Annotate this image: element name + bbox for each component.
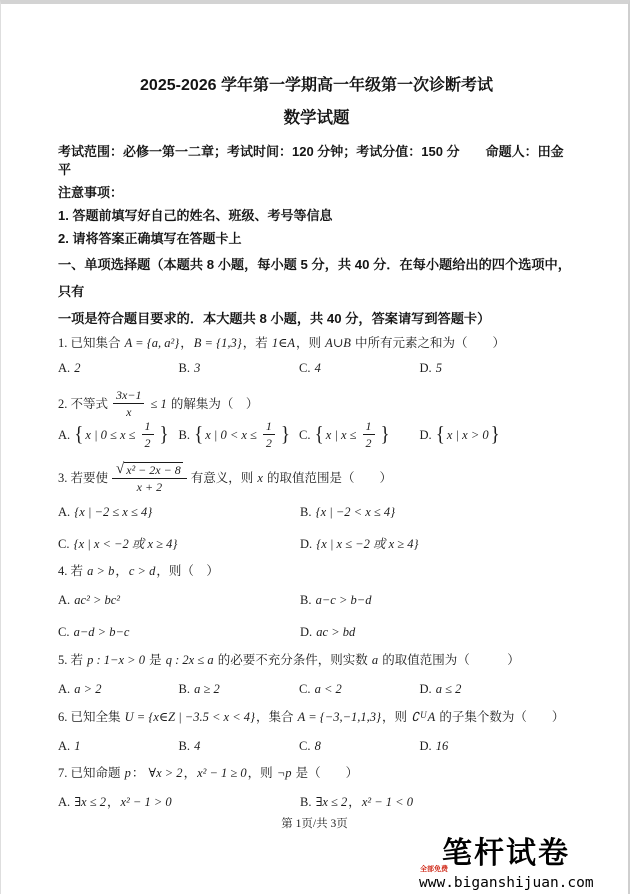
text-fragment: C. (58, 623, 73, 641)
text-fragment: C. (299, 737, 314, 755)
big-brace: } (160, 424, 169, 444)
math-fragment: p (125, 764, 131, 782)
section-1-header: 一、单项选择题（本题共 8 小题，每小题 5 分，共 40 分．在每小题给出的四… (58, 251, 575, 332)
text-fragment: 是（ ） (293, 764, 359, 782)
text-fragment: 1. 已知集合 (58, 334, 124, 352)
text-fragment: A. (58, 591, 73, 609)
fraction-numerator: 1 (363, 419, 375, 435)
big-brace: { (315, 424, 324, 444)
math-fragment: A∪B (325, 334, 351, 352)
big-brace: } (381, 424, 390, 444)
option-4b: B. a−c > b−d (300, 591, 372, 609)
question-2-options: A. {x | 0 ≤ x ≤12} B. {x | 0 < x ≤12} C.… (58, 419, 575, 450)
text-fragment: 的子集个数为（ ） (436, 708, 564, 726)
text-fragment: ， (348, 793, 361, 811)
text-fragment: ，则 (296, 334, 324, 352)
radicand: x² − 2x − 8 (124, 462, 182, 477)
math-fragment: x² − 1 ≥ 0 (197, 764, 247, 782)
math-fragment: a < 2 (315, 680, 342, 698)
text-fragment: B. (179, 359, 194, 377)
question-3-options-row-2: C. {x | x < −2 或 x ≥ 4} D. {x | x ≤ −2 或… (58, 535, 575, 553)
text-fragment: 3. 若要使 (58, 469, 108, 487)
option-5c: C. a < 2 (299, 680, 420, 698)
math-fragment: A (428, 708, 436, 726)
question-4-options-row-2: C. a−d > b−c D. ac > bd (58, 623, 575, 641)
fraction: 12 (262, 419, 276, 450)
fraction-denominator: 2 (142, 435, 154, 450)
big-brace: { (436, 424, 445, 444)
question-3-options-row-1: A. {x | −2 ≤ x ≤ 4} B. {x | −2 < x ≤ 4} (58, 503, 575, 521)
math-fragment: ∃x ≤ 2 (74, 793, 106, 811)
option-6a: A. 1 (58, 737, 179, 755)
fraction-numerator: √x² − 2x − 8 (112, 462, 187, 479)
text-fragment: C. (299, 426, 314, 444)
math-fragment: 5 (436, 359, 442, 377)
option-5a: A. a > 2 (58, 680, 179, 698)
question-5-stem: 5. 若 p : 1−x > 0 是 q : 2x ≤ a 的必要不充分条件，则… (58, 651, 575, 669)
math-fragment: ∁ (411, 708, 419, 726)
text-fragment: 的取值范围是（ ） (264, 469, 392, 487)
math-fragment: {x | −2 < x ≤ 4} (316, 503, 396, 521)
math-fragment: 4 (194, 737, 200, 755)
option-1c: C. 4 (299, 359, 420, 377)
fraction: 12 (362, 419, 376, 450)
text-fragment: A. (58, 426, 73, 444)
fraction-numerator: 3x−1 (113, 388, 144, 404)
option-4c: C. a−d > b−c (58, 623, 300, 641)
math-fragment: ¬p (277, 764, 292, 782)
math-fragment: ∃x ≤ 2 (316, 793, 348, 811)
math-fragment: 2 (74, 359, 80, 377)
text-fragment: 7. 已知命题 (58, 764, 124, 782)
text-fragment: C. (299, 359, 314, 377)
math-fragment: U = {x∈Z | −3.5 < x < 4} (125, 708, 255, 726)
math-fragment: x | 0 ≤ x ≤ (85, 426, 135, 444)
logo-tagline-text: 全部免费 (420, 866, 448, 874)
text-fragment: D. (420, 359, 435, 377)
math-fragment: 4 (315, 359, 321, 377)
text-fragment: A. (58, 680, 73, 698)
text-fragment: 的取值范围为（ ） (379, 651, 520, 669)
radical-sign: √ (116, 462, 124, 477)
option-2b: B. {x | 0 < x ≤12} (179, 419, 300, 450)
text-fragment: D. (420, 426, 435, 444)
question-3-stem: 3. 若要使√x² − 2x − 8x + 2有意义，则 x 的取值范围是（ ） (58, 462, 575, 494)
text-fragment: C. (58, 535, 73, 553)
question-6-stem: 6. 已知全集 U = {x∈Z | −3.5 < x < 4}，集合 A = … (58, 708, 575, 726)
text-fragment: ， (115, 562, 128, 580)
text-fragment: ，则（ ） (156, 562, 219, 580)
math-fragment: {x | −2 ≤ x ≤ 4} (74, 503, 152, 521)
option-3d: D. {x | x ≤ −2 或 x ≥ 4} (300, 535, 420, 553)
text-fragment: D. (420, 737, 435, 755)
page-number: 第 1页/共 3页 (1, 815, 628, 831)
exam-title: 2025-2026 学年第一学期高一年级第一次诊断考试 (58, 76, 575, 96)
text-fragment: ，则 (248, 764, 276, 782)
exam-paper-page: 2025-2026 学年第一学期高一年级第一次诊断考试 数学试题 考试范围：必修… (0, 0, 630, 894)
text-fragment: A. (58, 359, 73, 377)
note-item-2: 2. 请将答案正确填写在答题卡上 (58, 230, 575, 248)
logo-brand-text: 笔杆试卷 (442, 838, 570, 870)
question-4-options-row-1: A. ac² > bc² B. a−c > b−d (58, 591, 575, 609)
math-fragment: x² − 1 < 0 (362, 793, 413, 811)
fraction-denominator: 2 (263, 435, 275, 450)
option-1a: A. 2 (58, 359, 179, 377)
math-fragment: x | x > 0 (447, 426, 489, 444)
math-fragment: {x | x ≤ −2 或 x ≥ 4} (316, 535, 418, 553)
text-fragment: D. (300, 535, 315, 553)
math-fragment: ac² > bc² (74, 591, 120, 609)
option-7a: A. ∃x ≤ 2，x² − 1 > 0 (58, 793, 300, 811)
question-7-options: A. ∃x ≤ 2，x² − 1 > 0 B. ∃x ≤ 2，x² − 1 < … (58, 793, 575, 811)
option-2d: D. {x | x > 0} (420, 419, 501, 450)
math-fragment: q : 2x ≤ a (166, 651, 214, 669)
option-4a: A. ac² > bc² (58, 591, 300, 609)
fraction: 3x−1x (112, 388, 145, 419)
text-fragment: ： (132, 764, 148, 782)
text-fragment: 中所有元素之和为（ ） (352, 334, 505, 352)
big-brace: } (281, 424, 290, 444)
math-fragment: a ≥ 2 (194, 680, 220, 698)
option-6c: C. 8 (299, 737, 420, 755)
option-5b: B. a ≥ 2 (179, 680, 300, 698)
text-fragment: 是 (146, 651, 165, 669)
text-fragment: ，若 (243, 334, 271, 352)
text-fragment: 2. 不等式 (58, 395, 108, 413)
math-fragment: ∀x > 2 (149, 764, 183, 782)
text-fragment: C. (299, 680, 314, 698)
option-7b: B. ∃x ≤ 2，x² − 1 < 0 (300, 793, 414, 811)
exam-subtitle: 数学试题 (58, 108, 575, 128)
text-fragment: A. (58, 503, 73, 521)
option-6d: D. 16 (420, 737, 450, 755)
math-fragment: a (372, 651, 378, 669)
question-2-stem: 2. 不等式3x−1x≤ 1 的解集为（ ） (58, 388, 575, 419)
math-fragment: 3 (194, 359, 200, 377)
text-fragment: A. (58, 737, 73, 755)
math-fragment: c > d (129, 562, 155, 580)
math-fragment: a > 2 (74, 680, 101, 698)
question-1-options: A. 2 B. 3 C. 4 D. 5 (58, 359, 575, 377)
big-brace: } (491, 424, 500, 444)
math-fragment: a > b (87, 562, 114, 580)
math-fragment: a−c > b−d (316, 591, 372, 609)
text-fragment: A. (58, 793, 73, 811)
option-4d: D. ac > bd (300, 623, 356, 641)
text-fragment: ， (107, 793, 120, 811)
text-fragment: D. (420, 680, 435, 698)
text-fragment: ， (180, 334, 193, 352)
text-fragment: B. (179, 680, 194, 698)
subscript-fragment: U (420, 706, 427, 724)
math-fragment: x | x ≤ (326, 426, 357, 444)
fraction-denominator: 2 (363, 435, 375, 450)
math-fragment: A = {a, a²} (125, 334, 180, 352)
text-fragment: 6. 已知全集 (58, 708, 124, 726)
math-fragment: x (257, 469, 263, 487)
math-fragment: B = {1,3} (194, 334, 242, 352)
text-fragment: 的解集为（ ） (168, 395, 259, 413)
question-6-options: A. 1 B. 4 C. 8 D. 16 (58, 737, 575, 755)
option-2c: C. {x | x ≤12} (299, 419, 420, 450)
biganshijuan-logo: 笔杆试卷 全部免费 www.biganshijuan.com (419, 832, 625, 894)
section-1-header-line-1: 一、单项选择题（本题共 8 小题，每小题 5 分，共 40 分．在每小题给出的四… (58, 251, 575, 305)
option-3a: A. {x | −2 ≤ x ≤ 4} (58, 503, 300, 521)
math-fragment: x² − 1 > 0 (121, 793, 172, 811)
math-fragment: ac > bd (316, 623, 355, 641)
math-fragment: 1∈A (272, 334, 295, 352)
math-fragment: ≤ 1 (150, 395, 166, 413)
text-fragment: 的必要不充分条件，则实数 (215, 651, 371, 669)
text-fragment: 4. 若 (58, 562, 86, 580)
question-7-stem: 7. 已知命题 p： ∀x > 2，x² − 1 ≥ 0，则 ¬p 是（ ） (58, 764, 575, 782)
fraction-denominator: x (123, 404, 134, 419)
math-fragment: 1 (74, 737, 80, 755)
question-5-options: A. a > 2 B. a ≥ 2 C. a < 2 D. a ≤ 2 (58, 680, 575, 698)
option-6b: B. 4 (179, 737, 300, 755)
option-2a: A. {x | 0 ≤ x ≤12} (58, 419, 179, 450)
big-brace: { (194, 424, 203, 444)
question-4-stem: 4. 若 a > b，c > d，则（ ） (58, 562, 575, 580)
text-fragment: B. (300, 591, 315, 609)
text-fragment: D. (300, 623, 315, 641)
fraction-denominator: x + 2 (134, 479, 165, 494)
math-fragment: 8 (315, 737, 321, 755)
text-fragment: ，集合 (256, 708, 297, 726)
question-1-stem: 1. 已知集合 A = {a, a²}，B = {1,3}，若 1∈A，则 A∪… (58, 334, 575, 352)
fraction: 12 (141, 419, 155, 450)
text-fragment: 5. 若 (58, 651, 86, 669)
option-1b: B. 3 (179, 359, 300, 377)
note-item-1: 1. 答题前填写好自己的姓名、班级、考号等信息 (58, 207, 575, 225)
math-fragment: A = {−3,−1,1,3} (298, 708, 381, 726)
math-fragment: a ≤ 2 (436, 680, 462, 698)
option-3c: C. {x | x < −2 或 x ≥ 4} (58, 535, 300, 553)
notes-label: 注意事项： (58, 184, 575, 202)
math-fragment: {x | x < −2 或 x ≥ 4} (74, 535, 178, 553)
math-fragment: a−d > b−c (74, 623, 130, 641)
option-5d: D. a ≤ 2 (420, 680, 463, 698)
sqrt-fraction: √x² − 2x − 8x + 2 (112, 462, 187, 494)
option-1d: D. 5 (420, 359, 444, 377)
text-fragment: B. (179, 737, 194, 755)
fraction-numerator: 1 (263, 419, 275, 435)
logo-website-url: www.biganshijuan.com (419, 876, 594, 891)
math-fragment: x | 0 < x ≤ (205, 426, 257, 444)
text-fragment: B. (300, 503, 315, 521)
text-fragment: B. (300, 793, 315, 811)
text-fragment: ， (184, 764, 197, 782)
fraction-numerator: 1 (142, 419, 154, 435)
text-fragment: B. (179, 426, 194, 444)
exam-info-line: 考试范围：必修一第一二章；考试时间：120 分钟；考试分值：150 分 命题人：… (58, 143, 575, 179)
big-brace: { (74, 424, 83, 444)
math-fragment: 16 (436, 737, 449, 755)
option-3b: B. {x | −2 < x ≤ 4} (300, 503, 396, 521)
text-fragment: 有意义，则 (191, 469, 257, 487)
section-1-header-line-2: 一项是符合题目要求的．本大题共 8 小题，共 40 分，答案请写到答题卡） (58, 305, 575, 332)
math-fragment: p : 1−x > 0 (87, 651, 145, 669)
text-fragment: ，则 (382, 708, 410, 726)
